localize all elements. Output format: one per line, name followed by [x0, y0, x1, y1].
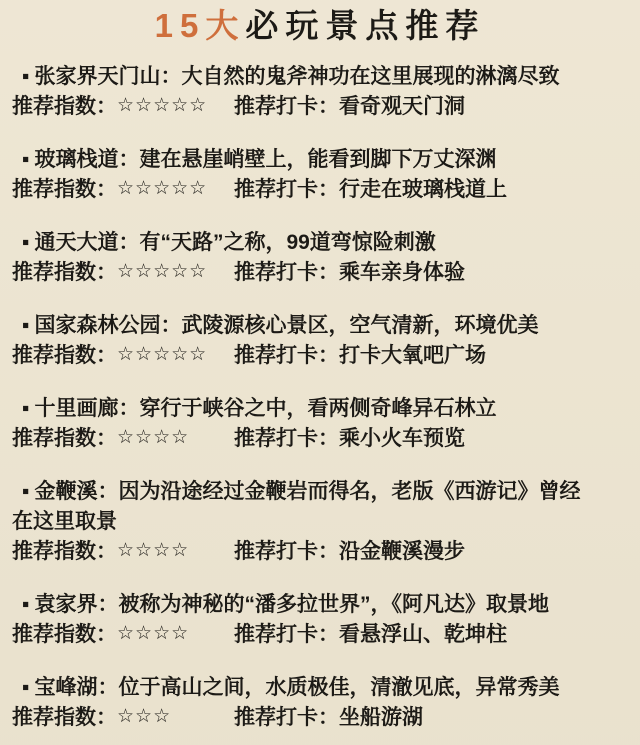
- attraction-name: 袁家界: [34, 593, 97, 616]
- bullet-icon: ▪: [22, 676, 29, 699]
- attraction-item: ▪金鞭溪：因为沿途经过金鞭岩而得名，老版《西游记》曾经在这里取景 推荐指数：☆☆…: [12, 477, 628, 567]
- attraction-heading: ▪金鞭溪：因为沿途经过金鞭岩而得名，老版《西游记》曾经在这里取景: [12, 477, 587, 537]
- name-separator: ：: [118, 231, 139, 254]
- attraction-item: ▪宝峰湖：位于高山之间，水质极佳，清澈见底，异常秀美 推荐指数：☆☆☆ 推荐打卡…: [12, 673, 628, 733]
- bullet-icon: ▪: [22, 314, 29, 337]
- attraction-heading: ▪通天大道：有“天路”之称，99道弯惊险刺激: [12, 228, 628, 258]
- page-title: 15大必玩景点推荐: [12, 6, 628, 46]
- rating: 推荐指数：☆☆☆☆☆: [12, 92, 234, 122]
- checkin-label: 推荐打卡：: [234, 95, 339, 118]
- checkin-label: 推荐打卡：: [234, 540, 339, 563]
- rating-stars: ☆☆☆☆: [117, 536, 189, 566]
- checkin-label: 推荐打卡：: [234, 178, 339, 201]
- title-accent: 15大: [155, 7, 246, 44]
- attraction-meta: 推荐指数：☆☆☆☆☆ 推荐打卡：打卡大氧吧广场: [12, 341, 628, 371]
- rating: 推荐指数：☆☆☆☆☆: [12, 341, 234, 371]
- attraction-description: 位于高山之间，水质极佳，清澈见底，异常秀美: [118, 676, 559, 699]
- checkin-label: 推荐打卡：: [234, 623, 339, 646]
- attraction-heading: ▪国家森林公园：武陵源核心景区，空气清新，环境优美: [12, 311, 628, 341]
- checkin-label: 推荐打卡：: [234, 706, 339, 729]
- attraction-item: ▪国家森林公园：武陵源核心景区，空气清新，环境优美 推荐指数：☆☆☆☆☆ 推荐打…: [12, 311, 628, 371]
- checkin: 推荐打卡：行走在玻璃栈道上: [234, 175, 507, 205]
- attraction-meta: 推荐指数：☆☆☆ 推荐打卡：坐船游湖: [12, 703, 628, 733]
- checkin: 推荐打卡：打卡大氧吧广场: [234, 341, 486, 371]
- attraction-name: 宝峰湖: [34, 676, 97, 699]
- attraction-heading: ▪袁家界：被称为神秘的“潘多拉世界”，《阿凡达》取景地: [12, 590, 628, 620]
- attraction-description: 大自然的鬼斧神功在这里展现的淋漓尽致: [181, 65, 559, 88]
- attraction-meta: 推荐指数：☆☆☆☆ 推荐打卡：看悬浮山、乾坤柱: [12, 620, 628, 650]
- rating-label: 推荐指数：: [12, 258, 117, 288]
- attraction-item: ▪通天大道：有“天路”之称，99道弯惊险刺激 推荐指数：☆☆☆☆☆ 推荐打卡：乘…: [12, 228, 628, 288]
- name-separator: ：: [97, 480, 118, 503]
- rating: 推荐指数：☆☆☆☆: [12, 620, 234, 650]
- attraction-description: 穿行于峡谷之中，看两侧奇峰异石林立: [139, 397, 496, 420]
- rating: 推荐指数：☆☆☆☆☆: [12, 258, 234, 288]
- rating-stars: ☆☆☆: [117, 702, 171, 732]
- attraction-item: ▪袁家界：被称为神秘的“潘多拉世界”，《阿凡达》取景地 推荐指数：☆☆☆☆ 推荐…: [12, 590, 628, 650]
- rating-stars: ☆☆☆☆☆: [117, 174, 207, 204]
- rating: 推荐指数：☆☆☆☆: [12, 424, 234, 454]
- rating-label: 推荐指数：: [12, 620, 117, 650]
- checkin-label: 推荐打卡：: [234, 427, 339, 450]
- bullet-icon: ▪: [22, 148, 29, 171]
- title-text: 必玩景点推荐: [245, 7, 485, 44]
- name-separator: ：: [118, 148, 139, 171]
- checkin: 推荐打卡：看奇观天门洞: [234, 92, 465, 122]
- rating-stars: ☆☆☆☆☆: [117, 257, 207, 287]
- checkin-value: 打卡大氧吧广场: [339, 344, 486, 367]
- attraction-description: 建在悬崖峭壁上，能看到脚下万丈深渊: [139, 148, 496, 171]
- attraction-meta: 推荐指数：☆☆☆☆☆ 推荐打卡：行走在玻璃栈道上: [12, 175, 628, 205]
- checkin-value: 沿金鞭溪漫步: [339, 540, 465, 563]
- attraction-item: ▪张家界天门山：大自然的鬼斧神功在这里展现的淋漓尽致 推荐指数：☆☆☆☆☆ 推荐…: [12, 62, 628, 122]
- attraction-heading: ▪宝峰湖：位于高山之间，水质极佳，清澈见底，异常秀美: [12, 673, 628, 703]
- rating-stars: ☆☆☆☆: [117, 423, 189, 453]
- bullet-icon: ▪: [22, 65, 29, 88]
- bullet-icon: ▪: [22, 593, 29, 616]
- poster: 15大必玩景点推荐 ▪张家界天门山：大自然的鬼斧神功在这里展现的淋漓尽致 推荐指…: [0, 0, 640, 745]
- rating: 推荐指数：☆☆☆: [12, 703, 234, 733]
- rating-label: 推荐指数：: [12, 424, 117, 454]
- checkin: 推荐打卡：沿金鞭溪漫步: [234, 537, 465, 567]
- attraction-description: 有“天路”之称，99道弯惊险刺激: [139, 231, 435, 254]
- rating: 推荐指数：☆☆☆☆☆: [12, 175, 234, 205]
- attraction-heading: ▪玻璃栈道：建在悬崖峭壁上，能看到脚下万丈深渊: [12, 145, 628, 175]
- rating-stars: ☆☆☆☆: [117, 619, 189, 649]
- rating-stars: ☆☆☆☆☆: [117, 91, 207, 121]
- bullet-icon: ▪: [22, 480, 29, 503]
- checkin-value: 乘小火车预览: [339, 427, 465, 450]
- attraction-name: 张家界天门山: [34, 65, 160, 88]
- rating-label: 推荐指数：: [12, 92, 117, 122]
- rating-stars: ☆☆☆☆☆: [117, 340, 207, 370]
- rating-label: 推荐指数：: [12, 703, 117, 733]
- rating-label: 推荐指数：: [12, 175, 117, 205]
- attraction-heading: ▪十里画廊：穿行于峡谷之中，看两侧奇峰异石林立: [12, 394, 628, 424]
- checkin: 推荐打卡：坐船游湖: [234, 703, 423, 733]
- checkin-label: 推荐打卡：: [234, 261, 339, 284]
- rating-label: 推荐指数：: [12, 341, 117, 371]
- attraction-name: 国家森林公园: [34, 314, 160, 337]
- attraction-item: ▪十里画廊：穿行于峡谷之中，看两侧奇峰异石林立 推荐指数：☆☆☆☆ 推荐打卡：乘…: [12, 394, 628, 454]
- name-separator: ：: [160, 314, 181, 337]
- checkin: 推荐打卡：看悬浮山、乾坤柱: [234, 620, 507, 650]
- checkin-value: 看奇观天门洞: [339, 95, 465, 118]
- bullet-icon: ▪: [22, 231, 29, 254]
- name-separator: ：: [118, 397, 139, 420]
- checkin-value: 行走在玻璃栈道上: [339, 178, 507, 201]
- attraction-meta: 推荐指数：☆☆☆☆☆ 推荐打卡：乘车亲身体验: [12, 258, 628, 288]
- attraction-meta: 推荐指数：☆☆☆☆☆ 推荐打卡：看奇观天门洞: [12, 92, 628, 122]
- name-separator: ：: [97, 676, 118, 699]
- checkin-label: 推荐打卡：: [234, 344, 339, 367]
- attraction-name: 金鞭溪: [34, 480, 97, 503]
- attraction-list: ▪张家界天门山：大自然的鬼斧神功在这里展现的淋漓尽致 推荐指数：☆☆☆☆☆ 推荐…: [12, 62, 628, 733]
- name-separator: ：: [97, 593, 118, 616]
- bullet-icon: ▪: [22, 397, 29, 420]
- checkin: 推荐打卡：乘小火车预览: [234, 424, 465, 454]
- attraction-name: 通天大道: [34, 231, 118, 254]
- attraction-heading: ▪张家界天门山：大自然的鬼斧神功在这里展现的淋漓尽致: [12, 62, 628, 92]
- attraction-item: ▪玻璃栈道：建在悬崖峭壁上，能看到脚下万丈深渊 推荐指数：☆☆☆☆☆ 推荐打卡：…: [12, 145, 628, 205]
- name-separator: ：: [160, 65, 181, 88]
- attraction-name: 十里画廊: [34, 397, 118, 420]
- checkin-value: 看悬浮山、乾坤柱: [339, 623, 507, 646]
- checkin-value: 乘车亲身体验: [339, 261, 465, 284]
- rating: 推荐指数：☆☆☆☆: [12, 537, 234, 567]
- rating-label: 推荐指数：: [12, 537, 117, 567]
- checkin: 推荐打卡：乘车亲身体验: [234, 258, 465, 288]
- attraction-meta: 推荐指数：☆☆☆☆ 推荐打卡：乘小火车预览: [12, 424, 628, 454]
- attraction-name: 玻璃栈道: [34, 148, 118, 171]
- checkin-value: 坐船游湖: [339, 706, 423, 729]
- attraction-description: 武陵源核心景区，空气清新，环境优美: [181, 314, 538, 337]
- attraction-description: 被称为神秘的“潘多拉世界”，《阿凡达》取景地: [118, 593, 549, 616]
- attraction-meta: 推荐指数：☆☆☆☆ 推荐打卡：沿金鞭溪漫步: [12, 537, 628, 567]
